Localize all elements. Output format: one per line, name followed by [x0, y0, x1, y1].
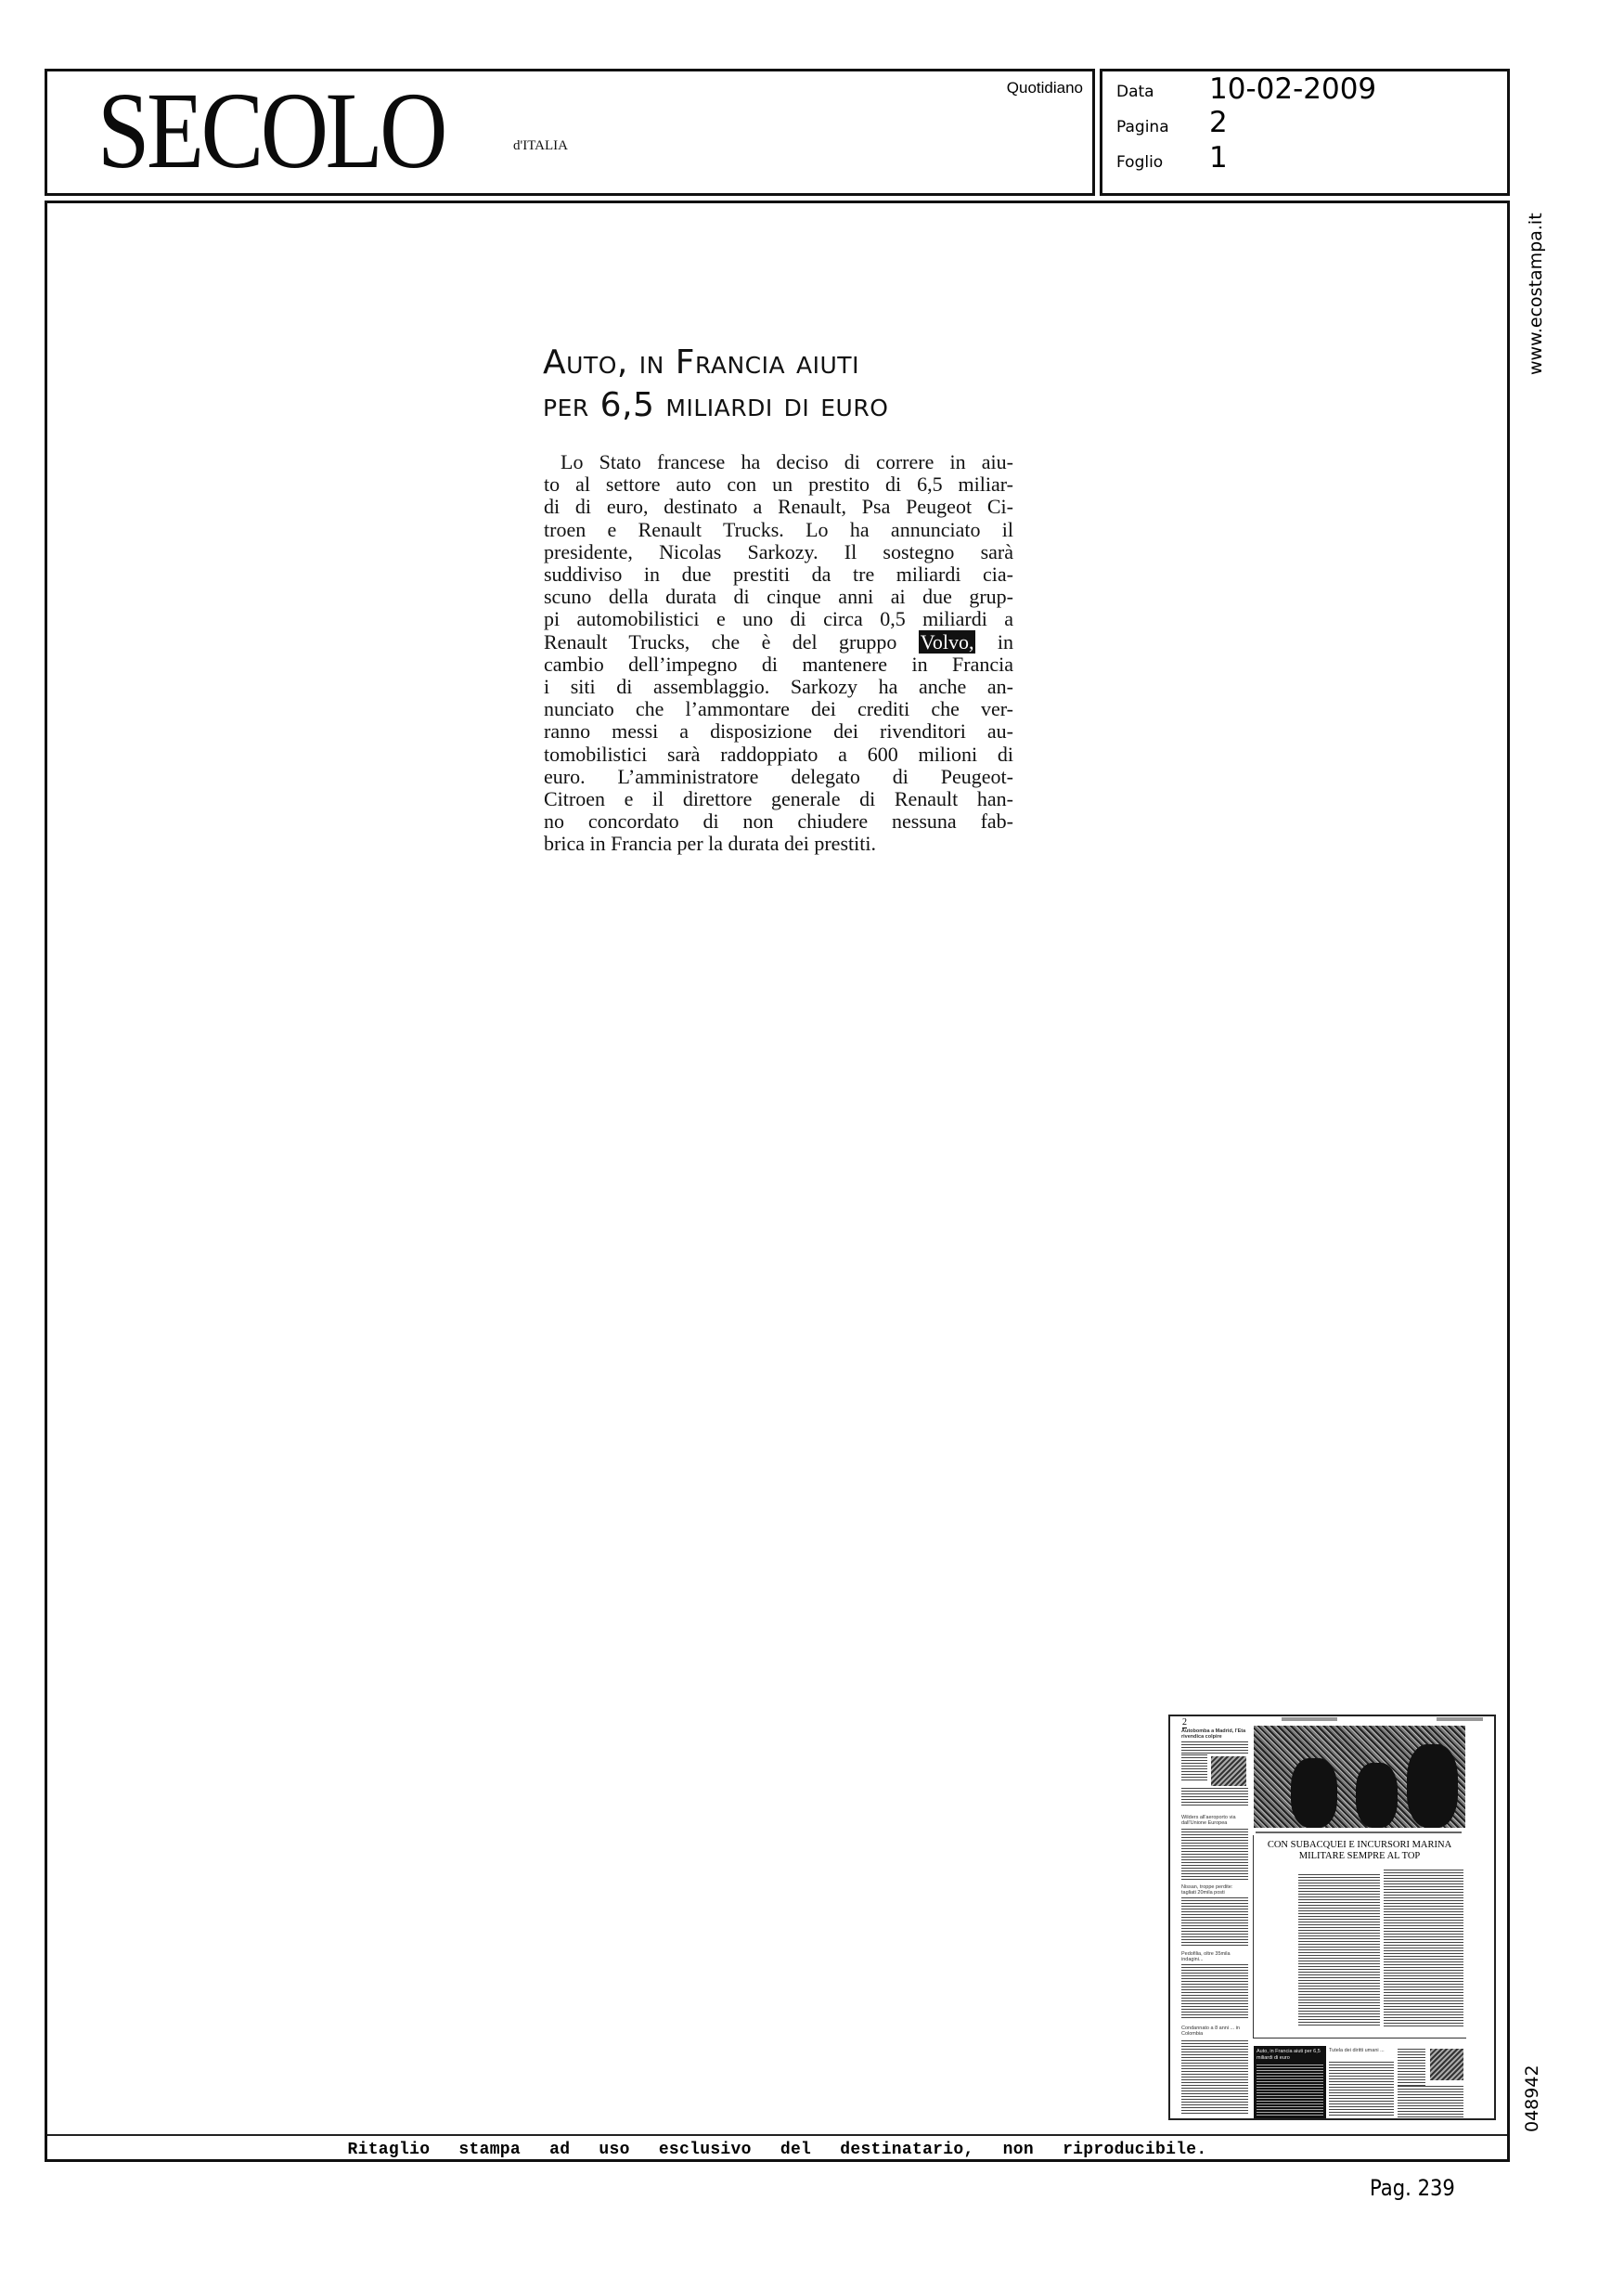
thumbnail-text-block — [1181, 1897, 1248, 1946]
footer-disclaimer: Ritaglio stampa ad uso esclusivo del des… — [47, 2141, 1507, 2159]
article-body: Lo Stato francese ha deciso di correre i… — [544, 451, 1013, 856]
thumbnail-left-heading: Autobomba a Madrid, l'Eta rivendica colp… — [1181, 1728, 1248, 1740]
body-line: euro. L’amministratore delegato di Peuge… — [544, 766, 1013, 788]
body-line: brica in Francia per la durata dei prest… — [544, 833, 1013, 855]
publication-type: Quotidiano — [1007, 79, 1083, 97]
thumbnail-highlighted-title: Auto, in Francia aiuti per 6,5 miliardi … — [1254, 2046, 1326, 2064]
body-line: troen e Renault Trucks. Lo ha annunciato… — [544, 519, 1013, 541]
thumbnail-left-heading: Nissan, troppe perdite: tagliati 20mila … — [1181, 1884, 1248, 1896]
clipping-code-vertical: 048942 — [1522, 2064, 1542, 2132]
thumbnail-text-block — [1398, 2049, 1425, 2086]
thumbnail-photo-caption — [1256, 1831, 1462, 1833]
thumbnail-text-block — [1181, 1788, 1248, 1806]
body-line: suddiviso in due prestiti da tre miliard… — [544, 563, 1013, 586]
thumbnail-main-headline: CON SUBACQUEI E INCURSORI MARINA MILITAR… — [1254, 1840, 1465, 1862]
newspaper-logo: SECOLO — [97, 75, 445, 187]
footer-divider — [47, 2134, 1507, 2136]
body-line: ranno messi a disposizione dei rivendito… — [544, 720, 1013, 743]
body-line: Lo Stato francese ha deciso di correre i… — [544, 451, 1013, 473]
body-line: scuno della durata di cinque anni ai due… — [544, 586, 1013, 608]
body-line: nunciato che l’ammontare dei crediti che… — [544, 698, 1013, 720]
masthead-box: SECOLO d'ITALIA Quotidiano — [45, 69, 1095, 196]
article-headline: Auto, in Francia aiuti per 6,5 miliardi … — [543, 342, 888, 427]
thumbnail-small-photo — [1211, 1756, 1246, 1786]
body-line-text: Renault Trucks, che è del gruppo — [544, 630, 896, 654]
thumbnail-text-block — [1181, 1754, 1207, 1780]
thumbnail-left-column: Autobomba a Madrid, l'Eta rivendica colp… — [1180, 1728, 1250, 2116]
body-line: Citroen e il direttore generale di Renau… — [544, 788, 1013, 810]
thumbnail-bottom-headline: Tutela dei diritti umani ... — [1329, 2048, 1394, 2053]
thumbnail-small-photo — [1430, 2049, 1463, 2080]
body-line-tail: in — [975, 630, 1013, 654]
thumbnail-page-number: 2 — [1182, 1717, 1187, 1728]
body-line: pi automobilistici e uno di circa 0,5 mi… — [544, 608, 1013, 630]
thumbnail-masthead — [1282, 1717, 1337, 1721]
highlighted-keyword: Volvo, — [919, 630, 976, 654]
thumbnail-text-block — [1181, 2040, 1248, 2115]
date-label: Data — [1116, 83, 1154, 101]
thumbnail-left-heading: Condannato a 8 anni ... in Colombia — [1181, 2026, 1248, 2037]
headline-line-1: Auto, in Francia aiuti — [543, 342, 888, 384]
body-line: cambio dell’impegno di mantenere in Fran… — [544, 654, 1013, 676]
thumbnail-text-column — [1384, 1870, 1463, 2027]
metadata-box: Data 10-02-2009 Pagina 2 Foglio 1 — [1100, 69, 1510, 196]
sheet-label: Foglio — [1116, 153, 1163, 172]
thumbnail-text-block — [1181, 1741, 1248, 1754]
thumbnail-highlighted-article: Auto, in Francia aiuti per 6,5 miliardi … — [1254, 2046, 1326, 2120]
page-thumbnail: 2 Autobomba a Madrid, l'Eta rivendica co… — [1168, 1715, 1496, 2120]
website-vertical-label: www.ecostampa.it — [1526, 213, 1546, 375]
thumbnail-text-block — [1181, 1829, 1248, 1880]
body-line: to al settore auto con un prestito di 6,… — [544, 473, 1013, 496]
thumbnail-main-photo — [1254, 1726, 1465, 1828]
page-label: Pagina — [1116, 118, 1169, 136]
sheet-value: 1 — [1209, 143, 1228, 173]
thumbnail-text-block — [1398, 2086, 1463, 2117]
body-line: i siti di assemblaggio. Sarkozy ha anche… — [544, 676, 1013, 698]
thumbnail-left-heading: Wilders all'aeroporto via dall'Unione Eu… — [1181, 1815, 1248, 1826]
body-line: di di euro, destinato a Renault, Psa Peu… — [544, 496, 1013, 518]
thumbnail-text-block — [1181, 1964, 1248, 2020]
thumbnail-date-strip — [1437, 1717, 1483, 1721]
thumbnail-text-column — [1298, 1874, 1380, 2027]
page-number-label: Pag. 239 — [1370, 2175, 1455, 2201]
body-line: no concordato di non chiudere nessuna fa… — [544, 810, 1013, 833]
body-line: presidente, Nicolas Sarkozy. Il sostegno… — [544, 541, 1013, 563]
thumbnail-text-block — [1329, 2062, 1394, 2117]
body-line: tomobilistici sarà raddoppiato a 600 mil… — [544, 744, 1013, 766]
date-value: 10-02-2009 — [1209, 74, 1376, 104]
thumbnail-left-heading: Pedofilia, oltre 35mila indagini... — [1181, 1951, 1248, 1962]
newspaper-logo-subtitle: d'ITALIA — [513, 138, 568, 154]
thumbnail-text-block — [1257, 2064, 1323, 2116]
page-value: 2 — [1209, 108, 1228, 137]
body-line-with-highlight: Renault Trucks, che è del gruppo Volvo, … — [544, 631, 1013, 654]
headline-line-2: per 6,5 miliardi di euro — [543, 384, 888, 427]
